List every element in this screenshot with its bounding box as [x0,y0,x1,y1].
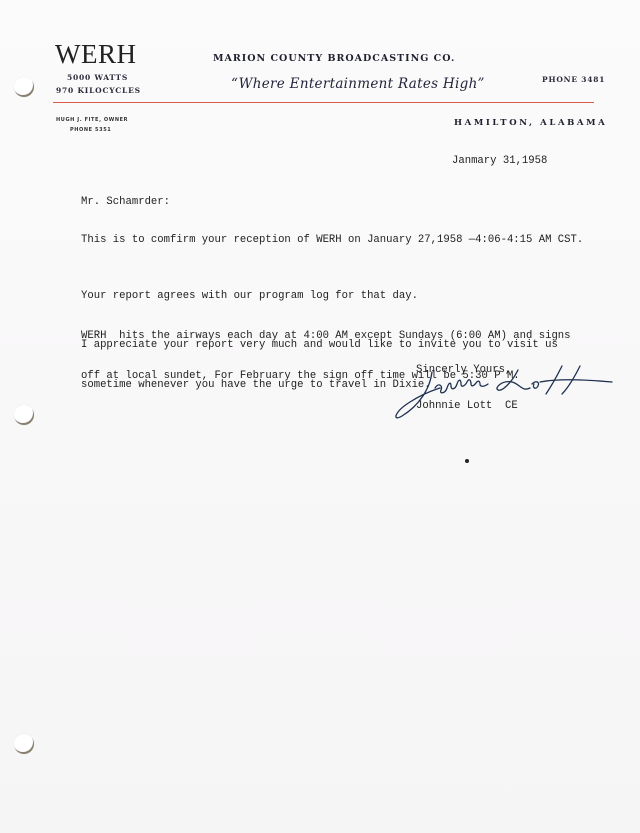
station-call-sign: WERH [55,39,136,70]
letterhead-divider [53,102,594,103]
text-line: Your report agrees with our program log … [81,290,571,303]
signature-name: Johnnie Lott CE [416,400,518,413]
handwritten-signature [390,360,620,430]
punch-hole [14,405,34,425]
ink-speck [465,459,469,463]
owner-name: HUGH J. FITE, OWNER [56,117,128,123]
salutation: Mr. Schamrder: [81,196,170,209]
punch-hole [14,77,34,97]
station-frequency: 970 KILOCYCLES [56,86,141,95]
station-location: HAMILTON, ALABAMA [454,118,607,128]
letter-date: Janmary 31,1958 [452,155,547,168]
punch-hole [14,734,34,754]
station-power: 5000 WATTS [67,73,128,82]
owner-phone: PHONE 5351 [70,127,111,133]
paragraph-confirmation: This is to comfirm your reception of WER… [81,234,583,247]
letter-page: WERH 5000 WATTS 970 KILOCYCLES MARION CO… [0,0,640,833]
company-name: MARION COUNTY BROADCASTING CO. [213,53,455,64]
text-line: I appreciate your report very much and w… [81,339,558,352]
station-phone: PHONE 3481 [542,75,605,84]
station-slogan: “Where Entertainment Rates High” [231,76,485,92]
